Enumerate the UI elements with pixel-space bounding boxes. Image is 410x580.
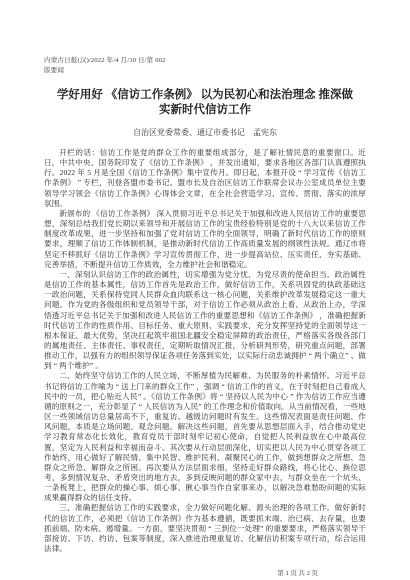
paragraph-section-1: 一、深刻认识信访工作的政治属性，切实增强为党分忧、为党尽责的使命担当。政治属性是… <box>44 270 366 372</box>
paragraph-section-3: 三、准确把握信访工作的实践要求，全力做好问题化解、源头治理的各项工作。做好新时代… <box>44 503 366 554</box>
source-info: 内蒙古日报(汉)/2022 年/4 月/30 日/第 002 版要闻 <box>44 56 366 75</box>
source-line-1: 内蒙古日报(汉)/2022 年/4 月/30 日/第 002 <box>44 56 366 66</box>
paragraph-section-2: 二、始终坚守信访工作的人民立场，不断厚植为民解难、为民服务的朴素情怀。习近平总书… <box>44 371 366 503</box>
article-byline: 自治区党委常委、通辽市委书记 孟宪东 <box>44 127 366 138</box>
article-title-line-1: 学好用好 《信访工作条例》 以为民初心和法治理念 推深做 <box>44 88 366 103</box>
article-title-line-2: 实新时代信访工作 <box>44 103 366 118</box>
source-line-2: 版要闻 <box>44 66 366 76</box>
paragraph-editor-note: 开栏的话：信访工作是党的群众工作的重要组成部分，是了解社情民意的重要窗口。近日，… <box>44 148 366 209</box>
article-body: 开栏的话：信访工作是党的群众工作的重要组成部分，是了解社情民意的重要窗口。近日，… <box>44 148 366 554</box>
paragraph-intro: 新颁布的 《信访工作条例》 深入贯彻习近平总书记关于加强和改进人民信访工作的重要… <box>44 209 366 270</box>
page-number: 第 1 页 共 2 页 <box>44 568 366 577</box>
document-page: 内蒙古日报(汉)/2022 年/4 月/30 日/第 002 版要闻 学好用好 … <box>0 0 410 580</box>
article-title: 学好用好 《信访工作条例》 以为民初心和法治理念 推深做 实新时代信访工作 <box>44 88 366 118</box>
